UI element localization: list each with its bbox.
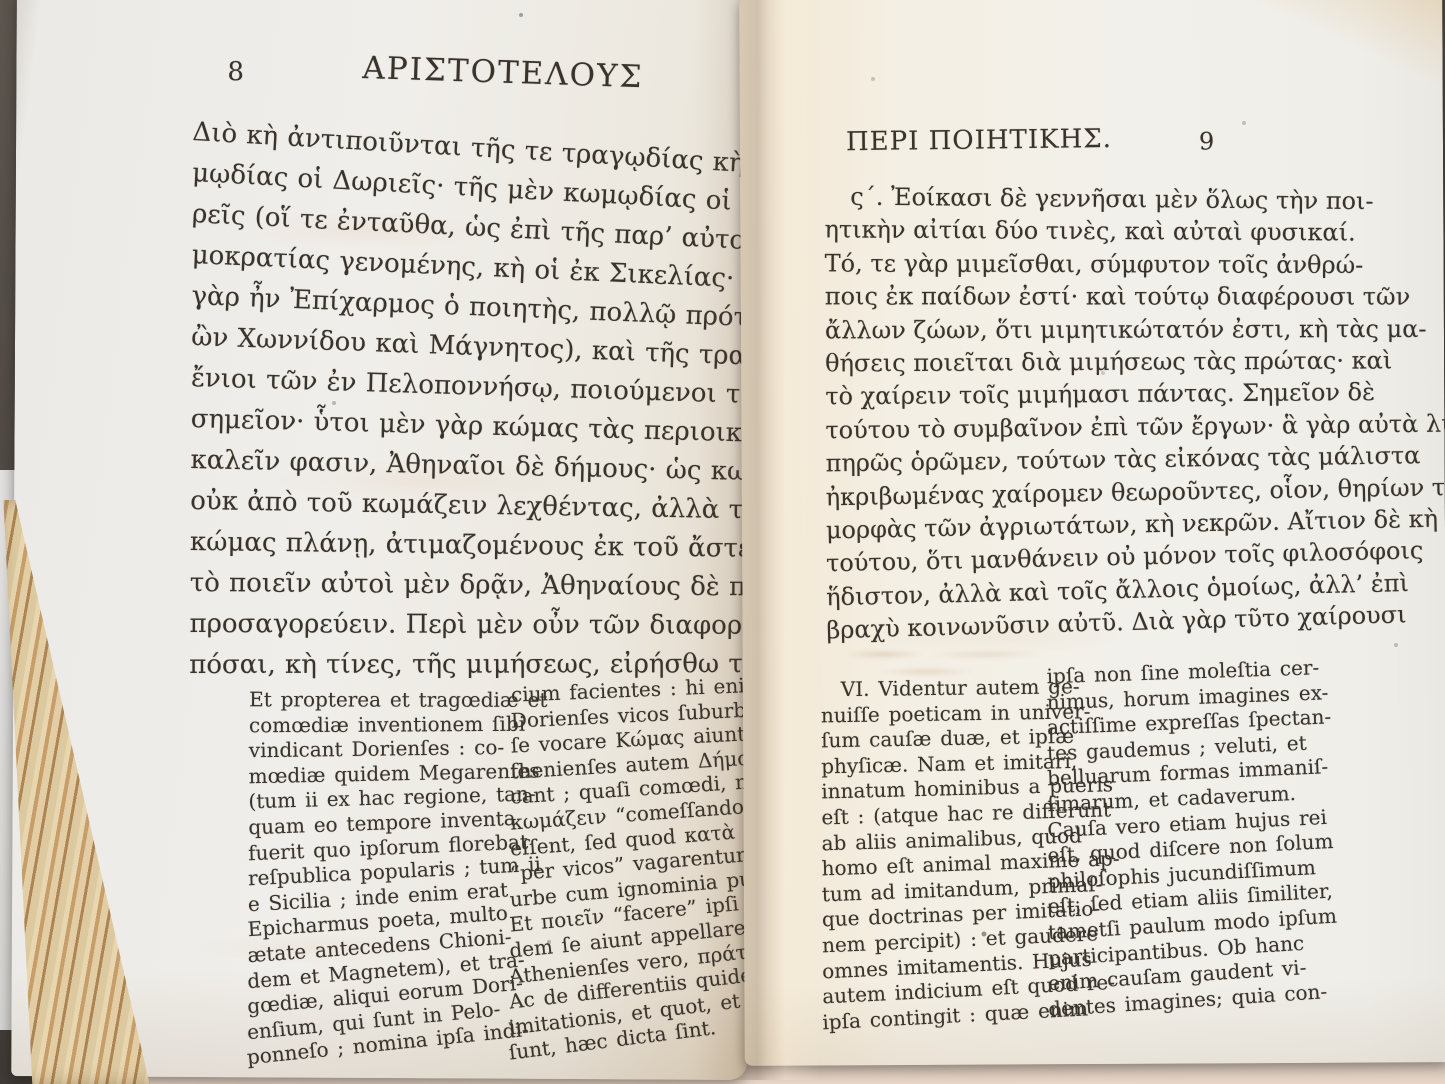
greek-text-right: ς´. Ἐοίκασι δὲ γεννῆσαι μὲν ὅλως τὴν ποι… xyxy=(824,179,1445,650)
running-header-right: ΠΕΡΙ ΠΟΙΗΤΙΚΗΣ. xyxy=(846,124,1112,157)
right-page: ΠΕΡΙ ΠΟΙΗΤΙΚΗΣ. 9 ς´. Ἐοίκασι δὲ γεννῆσα… xyxy=(739,0,1445,1066)
paper-specks xyxy=(0,0,2,2)
latin-column-right-page-2: ipſa non ſine moleſtia cer-nimus, horum … xyxy=(1047,663,1338,1023)
greek-text-line: ἄλλων ζώων, ὅτι μιμητικώτατόν ἐστι, κὴ τ… xyxy=(825,314,1445,349)
latin-column-left-page-1: Et propterea et tragœdiæ etcomœdiæ inven… xyxy=(247,687,547,1072)
greek-text-line: ποις ἐκ παίδων ἐστί· καὶ τούτῳ διαφέρουσ… xyxy=(825,283,1445,317)
greek-text-line: ητικὴν αἰτίαι δύο τινὲς, καὶ αὐταὶ φυσικ… xyxy=(824,216,1445,253)
page-number-left: 8 xyxy=(227,57,244,87)
book-photo: 8 ΑΡΙΣΤΟΤΕΛΟΥΣ Διὸ κὴ ἀντιποιῦνται τῆς τ… xyxy=(0,0,1445,1084)
left-page: 8 ΑΡΙΣΤΟΤΕΛΟΥΣ Διὸ κὴ ἀντιποιῦνται τῆς τ… xyxy=(11,0,753,1080)
greek-text-line: Τό, τε γὰρ μιμεῖσθαι, σύμφυτον τοῖς ἀνθρ… xyxy=(825,249,1445,284)
latin-text-line: Et propterea et tragœdiæ et xyxy=(249,687,547,713)
running-header-left: ΑΡΙΣΤΟΤΕΛΟΥΣ xyxy=(362,50,644,95)
page-number-right: 9 xyxy=(1199,127,1214,155)
